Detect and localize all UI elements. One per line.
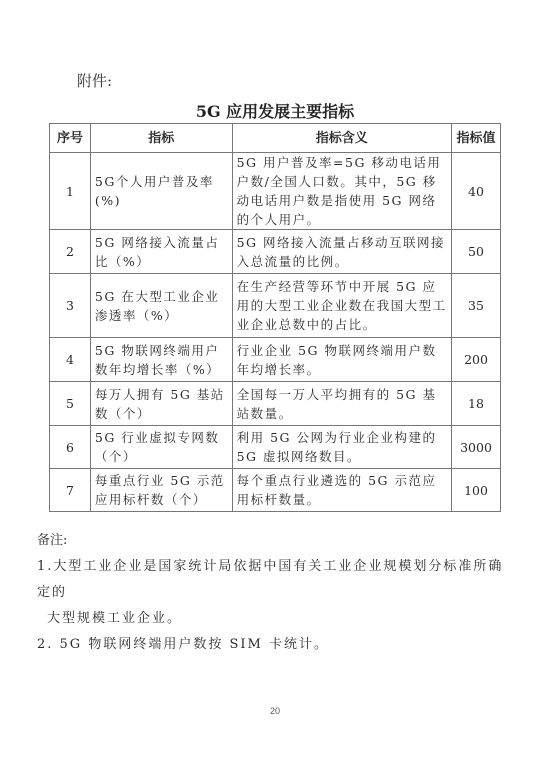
row-indicator: 5G 物联网终端用户数年均增长率（%） <box>90 338 232 382</box>
table-row: 4 5G 物联网终端用户数年均增长率（%） 行业企业 5G 物联网终端用户数年均… <box>50 338 501 382</box>
table-row: 5 每万人拥有 5G 基站数（个） 全国每一万人平均拥有的 5G 基站数量。 1… <box>50 382 501 426</box>
row-indicator: 5G个人用户普及率(%) <box>90 153 232 230</box>
row-meaning: 5G 网络接入流量占移动互联网接入总流量的比例。 <box>232 230 451 274</box>
row-no: 3 <box>50 274 91 338</box>
indicators-table: 序号 指标 指标含义 指标值 1 5G个人用户普及率(%) 5G 用户普及率=5… <box>49 123 501 512</box>
row-no: 6 <box>50 426 91 469</box>
header-value: 指标值 <box>452 124 501 153</box>
row-value: 200 <box>452 338 501 382</box>
row-meaning: 5G 用户普及率=5G 移动电话用户数/全国人口数。其中，5G 移动电话用户数是… <box>232 153 451 230</box>
row-meaning: 利用 5G 公网为行业企业构建的 5G 虚拟网络数目。 <box>232 426 451 469</box>
row-no: 1 <box>50 153 91 230</box>
header-indicator: 指标 <box>90 124 232 153</box>
table-row: 6 5G 行业虚拟专网数（个） 利用 5G 公网为行业企业构建的 5G 虚拟网络… <box>50 426 501 469</box>
page-number: 20 <box>0 706 550 716</box>
row-meaning: 全国每一万人平均拥有的 5G 基站数量。 <box>232 382 451 426</box>
row-value: 100 <box>452 469 501 512</box>
row-value: 35 <box>452 274 501 338</box>
note-2: 2. 5G 物联网终端用户数按 SIM 卡统计。 <box>37 632 517 658</box>
row-indicator: 5G 行业虚拟专网数（个） <box>90 426 232 469</box>
row-meaning: 在生产经营等环节中开展 5G 应用的大型工业企业数在我国大型工业企业总数中的占比… <box>232 274 451 338</box>
row-no: 7 <box>50 469 91 512</box>
table-title: 5G 应用发展主要指标 <box>0 99 550 122</box>
table-header-row: 序号 指标 指标含义 指标值 <box>50 124 501 153</box>
row-no: 2 <box>50 230 91 274</box>
table-row: 2 5G 网络接入流量占比（%） 5G 网络接入流量占移动互联网接入总流量的比例… <box>50 230 501 274</box>
attachment-label: 附件: <box>77 70 112 91</box>
row-meaning: 每个重点行业遴选的 5G 示范应用标杆数量。 <box>232 469 451 512</box>
note-1-line-2: 大型规模工业企业。 <box>37 606 517 632</box>
row-value: 3000 <box>452 426 501 469</box>
notes-section: 备注: 1.大型工业企业是国家统计局依据中国有关工业企业规模划分标准所确定的 大… <box>37 528 517 658</box>
table-row: 7 每重点行业 5G 示范应用标杆数（个） 每个重点行业遴选的 5G 示范应用标… <box>50 469 501 512</box>
row-value: 40 <box>452 153 501 230</box>
notes-heading: 备注: <box>37 528 517 554</box>
note-1-line-1: 1.大型工业企业是国家统计局依据中国有关工业企业规模划分标准所确定的 <box>37 554 517 606</box>
row-meaning: 行业企业 5G 物联网终端用户数年均增长率。 <box>232 338 451 382</box>
table-row: 3 5G 在大型工业企业渗透率（%） 在生产经营等环节中开展 5G 应用的大型工… <box>50 274 501 338</box>
row-indicator: 每万人拥有 5G 基站数（个） <box>90 382 232 426</box>
row-indicator: 5G 在大型工业企业渗透率（%） <box>90 274 232 338</box>
row-value: 18 <box>452 382 501 426</box>
header-meaning: 指标含义 <box>232 124 451 153</box>
header-no: 序号 <box>50 124 91 153</box>
row-no: 4 <box>50 338 91 382</box>
row-indicator: 每重点行业 5G 示范应用标杆数（个） <box>90 469 232 512</box>
row-value: 50 <box>452 230 501 274</box>
row-no: 5 <box>50 382 91 426</box>
table-row: 1 5G个人用户普及率(%) 5G 用户普及率=5G 移动电话用户数/全国人口数… <box>50 153 501 230</box>
row-indicator: 5G 网络接入流量占比（%） <box>90 230 232 274</box>
